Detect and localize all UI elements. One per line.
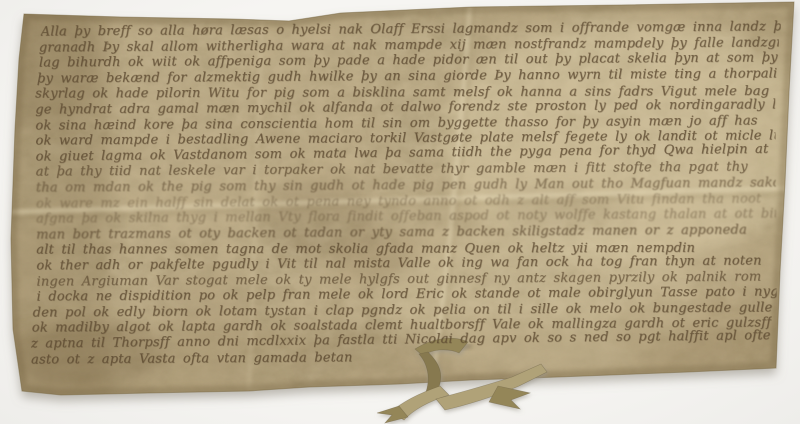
manuscript-text: Alla þy breff so alla høra læsas o hyels…	[0, 0, 800, 424]
manuscript-line: asto ot z apta Vasta ofta vtan gamada be…	[31, 349, 461, 369]
manuscript-photo: Alla þy breff so alla høra læsas o hyels…	[0, 0, 800, 424]
